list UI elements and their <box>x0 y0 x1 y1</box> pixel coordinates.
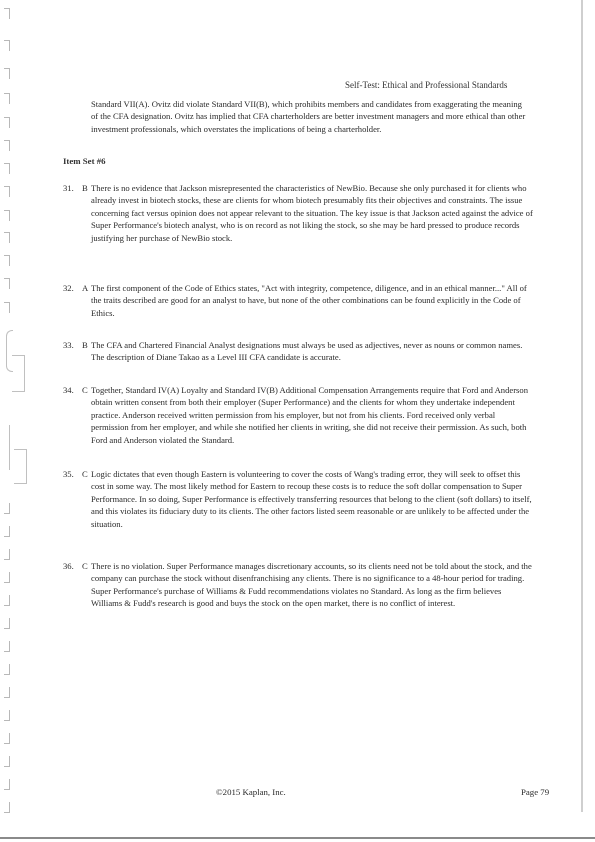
binding-mark <box>4 503 10 514</box>
item-explanation: Logic dictates that even though Eastern … <box>91 468 533 530</box>
binding-mark <box>4 664 10 675</box>
binding-mark <box>4 572 10 583</box>
binding-mark <box>4 595 10 606</box>
item-explanation: The CFA and Chartered Financial Analyst … <box>91 339 533 364</box>
page-edge-right <box>581 0 583 812</box>
binding-mark <box>4 93 10 104</box>
binding-mark <box>4 278 10 289</box>
binding-mark <box>4 641 10 652</box>
item-explanation: Together, Standard IV(A) Loyalty and Sta… <box>91 384 533 446</box>
item-explanation: There is no violation. Super Performance… <box>91 560 533 610</box>
binding-mark <box>4 710 10 721</box>
item-explanation: There is no evidence that Jackson misrep… <box>91 182 533 244</box>
binding-mark <box>4 117 10 128</box>
item-answer: B <box>82 182 88 194</box>
answer-item-32: 32. A The first component of the Code of… <box>63 282 533 319</box>
intro-paragraph: Standard VII(A). Ovitz did violate Stand… <box>91 98 531 135</box>
binding-mark <box>4 618 10 629</box>
binding-mark <box>4 140 10 151</box>
answer-item-36: 36. C There is no violation. Super Perfo… <box>63 560 533 610</box>
binding-mark <box>4 210 10 221</box>
item-answer: A <box>82 282 88 294</box>
binding-mark <box>4 802 10 813</box>
copyright: ©2015 Kaplan, Inc. <box>216 787 286 797</box>
answer-item-31: 31. B There is no evidence that Jackson … <box>63 182 533 244</box>
binding-mark <box>4 186 10 197</box>
answer-item-34: 34. C Together, Standard IV(A) Loyalty a… <box>63 384 533 446</box>
binding-mark <box>4 756 10 767</box>
binding-mark <box>4 779 10 790</box>
binding-mark <box>4 549 10 560</box>
binding-mark <box>4 255 10 266</box>
binding-mark <box>4 232 10 243</box>
binding-mark <box>4 687 10 698</box>
running-header: Self-Test: Ethical and Professional Stan… <box>345 80 507 90</box>
binding-mark <box>4 8 10 19</box>
item-answer: B <box>82 339 88 351</box>
binding-mark <box>8 425 10 470</box>
answer-item-35: 35. C Logic dictates that even though Ea… <box>63 468 533 530</box>
page-number: Page 79 <box>521 787 549 797</box>
binding-mark <box>12 355 25 392</box>
binding-mark <box>4 733 10 744</box>
answer-item-33: 33. B The CFA and Chartered Financial An… <box>63 339 533 364</box>
binding-mark <box>4 526 10 537</box>
item-answer: C <box>82 560 88 572</box>
binding-mark <box>4 302 10 313</box>
binding-mark <box>4 68 10 79</box>
item-set-title: Item Set #6 <box>63 156 106 166</box>
item-answer: C <box>82 384 88 396</box>
item-answer: C <box>82 468 88 480</box>
binding-mark <box>14 449 27 484</box>
page-edge-bottom <box>0 837 595 839</box>
binding-mark <box>4 40 10 51</box>
item-explanation: The first component of the Code of Ethic… <box>91 282 533 319</box>
binding-mark <box>4 163 10 174</box>
